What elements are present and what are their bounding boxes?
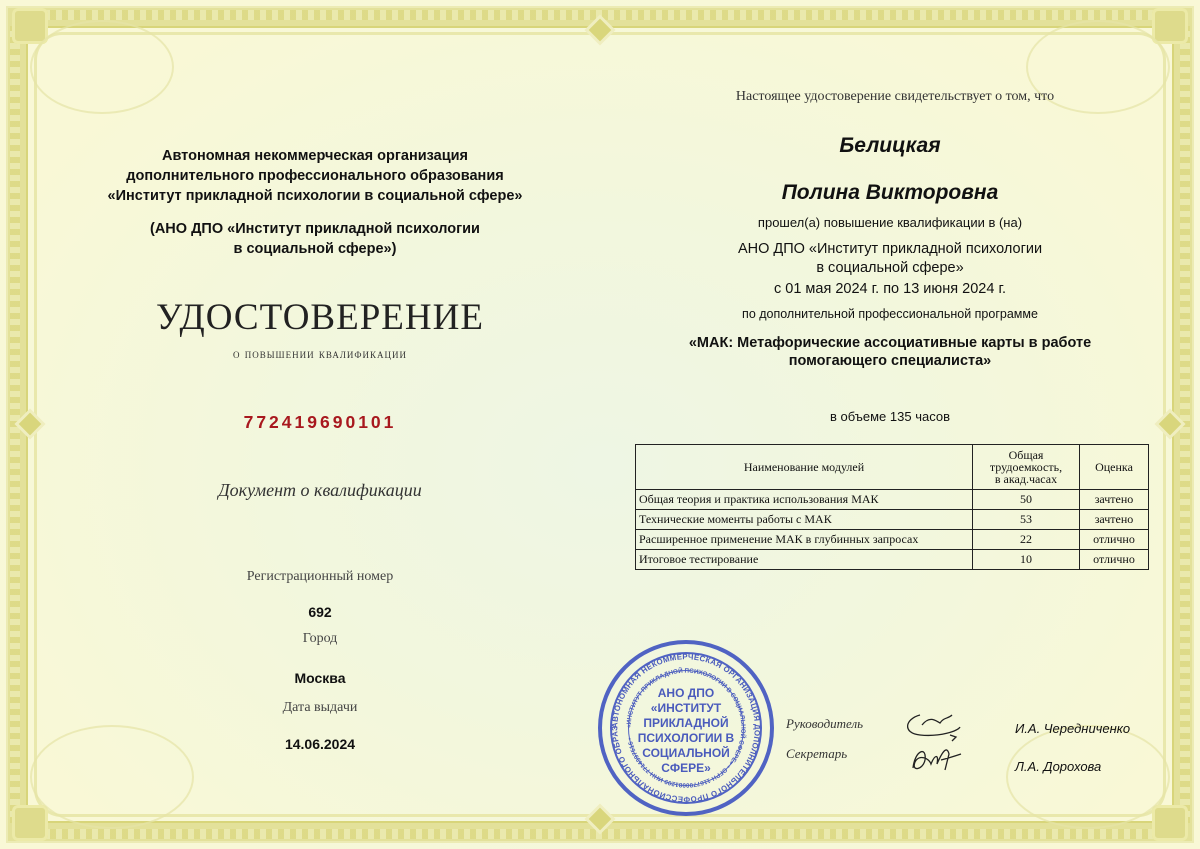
column-header-hours: Общая трудоемкость, в акад.часах xyxy=(973,445,1080,490)
corner-ornament-icon xyxy=(1152,805,1188,841)
issue-date-label: Дата выдачи xyxy=(160,700,480,716)
hours-cell: 10 xyxy=(973,550,1080,570)
stamp-line: «ИНСТИТУТ xyxy=(632,701,740,716)
passed-text: прошел(а) повышение квалификации в (на) xyxy=(640,215,1140,230)
modules-table: Наименование модулей Общая трудоемкость,… xyxy=(635,444,1149,570)
holder-given-names: Полина Викторовна xyxy=(640,181,1140,205)
table-row: Расширенное применение МАК в глубинных з… xyxy=(636,530,1149,550)
program-line: «МАК: Метафорические ассоциативные карты… xyxy=(640,334,1140,352)
swirl-ornament xyxy=(1006,725,1170,829)
program-label: по дополнительной профессиональной прогр… xyxy=(640,307,1140,321)
stamp-line: СФЕРЕ» xyxy=(632,761,740,776)
org-short-line: в социальной сфере») xyxy=(90,239,540,259)
issue-date: 14.06.2024 xyxy=(160,736,480,752)
module-name-cell: Расширенное применение МАК в глубинных з… xyxy=(636,530,973,550)
registration-number: 692 xyxy=(160,604,480,620)
table-header-row: Наименование модулей Общая трудоемкость,… xyxy=(636,445,1149,490)
corner-ornament-icon xyxy=(12,805,48,841)
stamp-center-text: АНО ДПО«ИНСТИТУТПРИКЛАДНОЙПСИХОЛОГИИ ВСО… xyxy=(632,686,740,776)
corner-ornament-icon xyxy=(1152,8,1188,44)
hours-cell: 22 xyxy=(973,530,1080,550)
grade-cell: зачтено xyxy=(1080,510,1149,530)
header-line: в акад.часах xyxy=(976,473,1076,485)
grade-cell: отлично xyxy=(1080,550,1149,570)
hours-cell: 50 xyxy=(973,490,1080,510)
module-name-cell: Итоговое тестирование xyxy=(636,550,973,570)
signature-role-director: Руководитель xyxy=(786,716,863,732)
stamp-line: СОЦИАЛЬНОЙ xyxy=(632,746,740,761)
organization-short-name: (АНО ДПО «Институт прикладной психологии… xyxy=(90,219,540,259)
stamp-line: ПСИХОЛОГИИ В xyxy=(632,731,740,746)
stamp-line: ПРИКЛАДНОЙ xyxy=(632,716,740,731)
signature-role-secretary: Секретарь xyxy=(786,746,847,762)
hours-cell: 53 xyxy=(973,510,1080,530)
module-name-cell: Общая теория и практика использования МА… xyxy=(636,490,973,510)
training-period: с 01 мая 2024 г. по 13 июня 2024 г. xyxy=(640,281,1140,297)
institution-line: в социальной сфере» xyxy=(640,259,1140,278)
certificate-subtitle: о повышении квалификации xyxy=(130,346,510,362)
director-name: И.А. Чередниченко xyxy=(1015,721,1130,736)
module-name-cell: Технические моменты работы с МАК xyxy=(636,510,973,530)
table-row: Общая теория и практика использования МА… xyxy=(636,490,1149,510)
secretary-name: Л.А. Дорохова xyxy=(1015,759,1101,774)
program-name: «МАК: Метафорические ассоциативные карты… xyxy=(640,334,1140,370)
column-header-module: Наименование модулей xyxy=(636,445,973,490)
org-line: дополнительного профессионального образо… xyxy=(90,166,540,186)
holder-surname: Белицкая xyxy=(640,134,1140,158)
organization-full-name: Автономная некоммерческая организация до… xyxy=(90,146,540,206)
stamp-line: АНО ДПО xyxy=(632,686,740,701)
program-volume: в объеме 135 часов xyxy=(640,409,1140,424)
certificate-title: УДОСТОВЕРЕНИЕ xyxy=(130,296,510,339)
city-label: Город xyxy=(160,631,480,647)
certificate-sheet: Автономная некоммерческая организация до… xyxy=(0,0,1200,849)
frame-lace-right xyxy=(1180,26,1190,823)
table-row: Итоговое тестирование10отлично xyxy=(636,550,1149,570)
director-signature xyxy=(900,705,970,745)
grade-cell: зачтено xyxy=(1080,490,1149,510)
frame-lace-bottom xyxy=(26,829,1174,839)
program-line: помогающего специалиста» xyxy=(640,352,1140,370)
certificate-number: 772419690101 xyxy=(130,412,510,433)
org-short-line: (АНО ДПО «Институт прикладной психологии xyxy=(90,219,540,239)
intro-text: Настоящее удостоверение свидетельствует … xyxy=(640,89,1150,105)
registration-label: Регистрационный номер xyxy=(160,569,480,585)
institution-name: АНО ДПО «Институт прикладной психологии … xyxy=(640,240,1140,278)
institution-line: АНО ДПО «Институт прикладной психологии xyxy=(640,240,1140,259)
official-stamp: АВТОНОМНАЯ НЕКОММЕРЧЕСКАЯ ОРГАНИЗАЦИЯ ДО… xyxy=(598,640,774,816)
grade-cell: отлично xyxy=(1080,530,1149,550)
table-row: Технические моменты работы с МАК53зачтен… xyxy=(636,510,1149,530)
org-line: Автономная некоммерческая организация xyxy=(90,146,540,166)
secretary-signature xyxy=(905,740,965,776)
city-value: Москва xyxy=(160,670,480,686)
swirl-ornament xyxy=(30,20,174,114)
document-type: Документ о квалификации xyxy=(160,480,480,501)
org-line: «Институт прикладной психологии в социал… xyxy=(90,186,540,206)
column-header-grade: Оценка xyxy=(1080,445,1149,490)
